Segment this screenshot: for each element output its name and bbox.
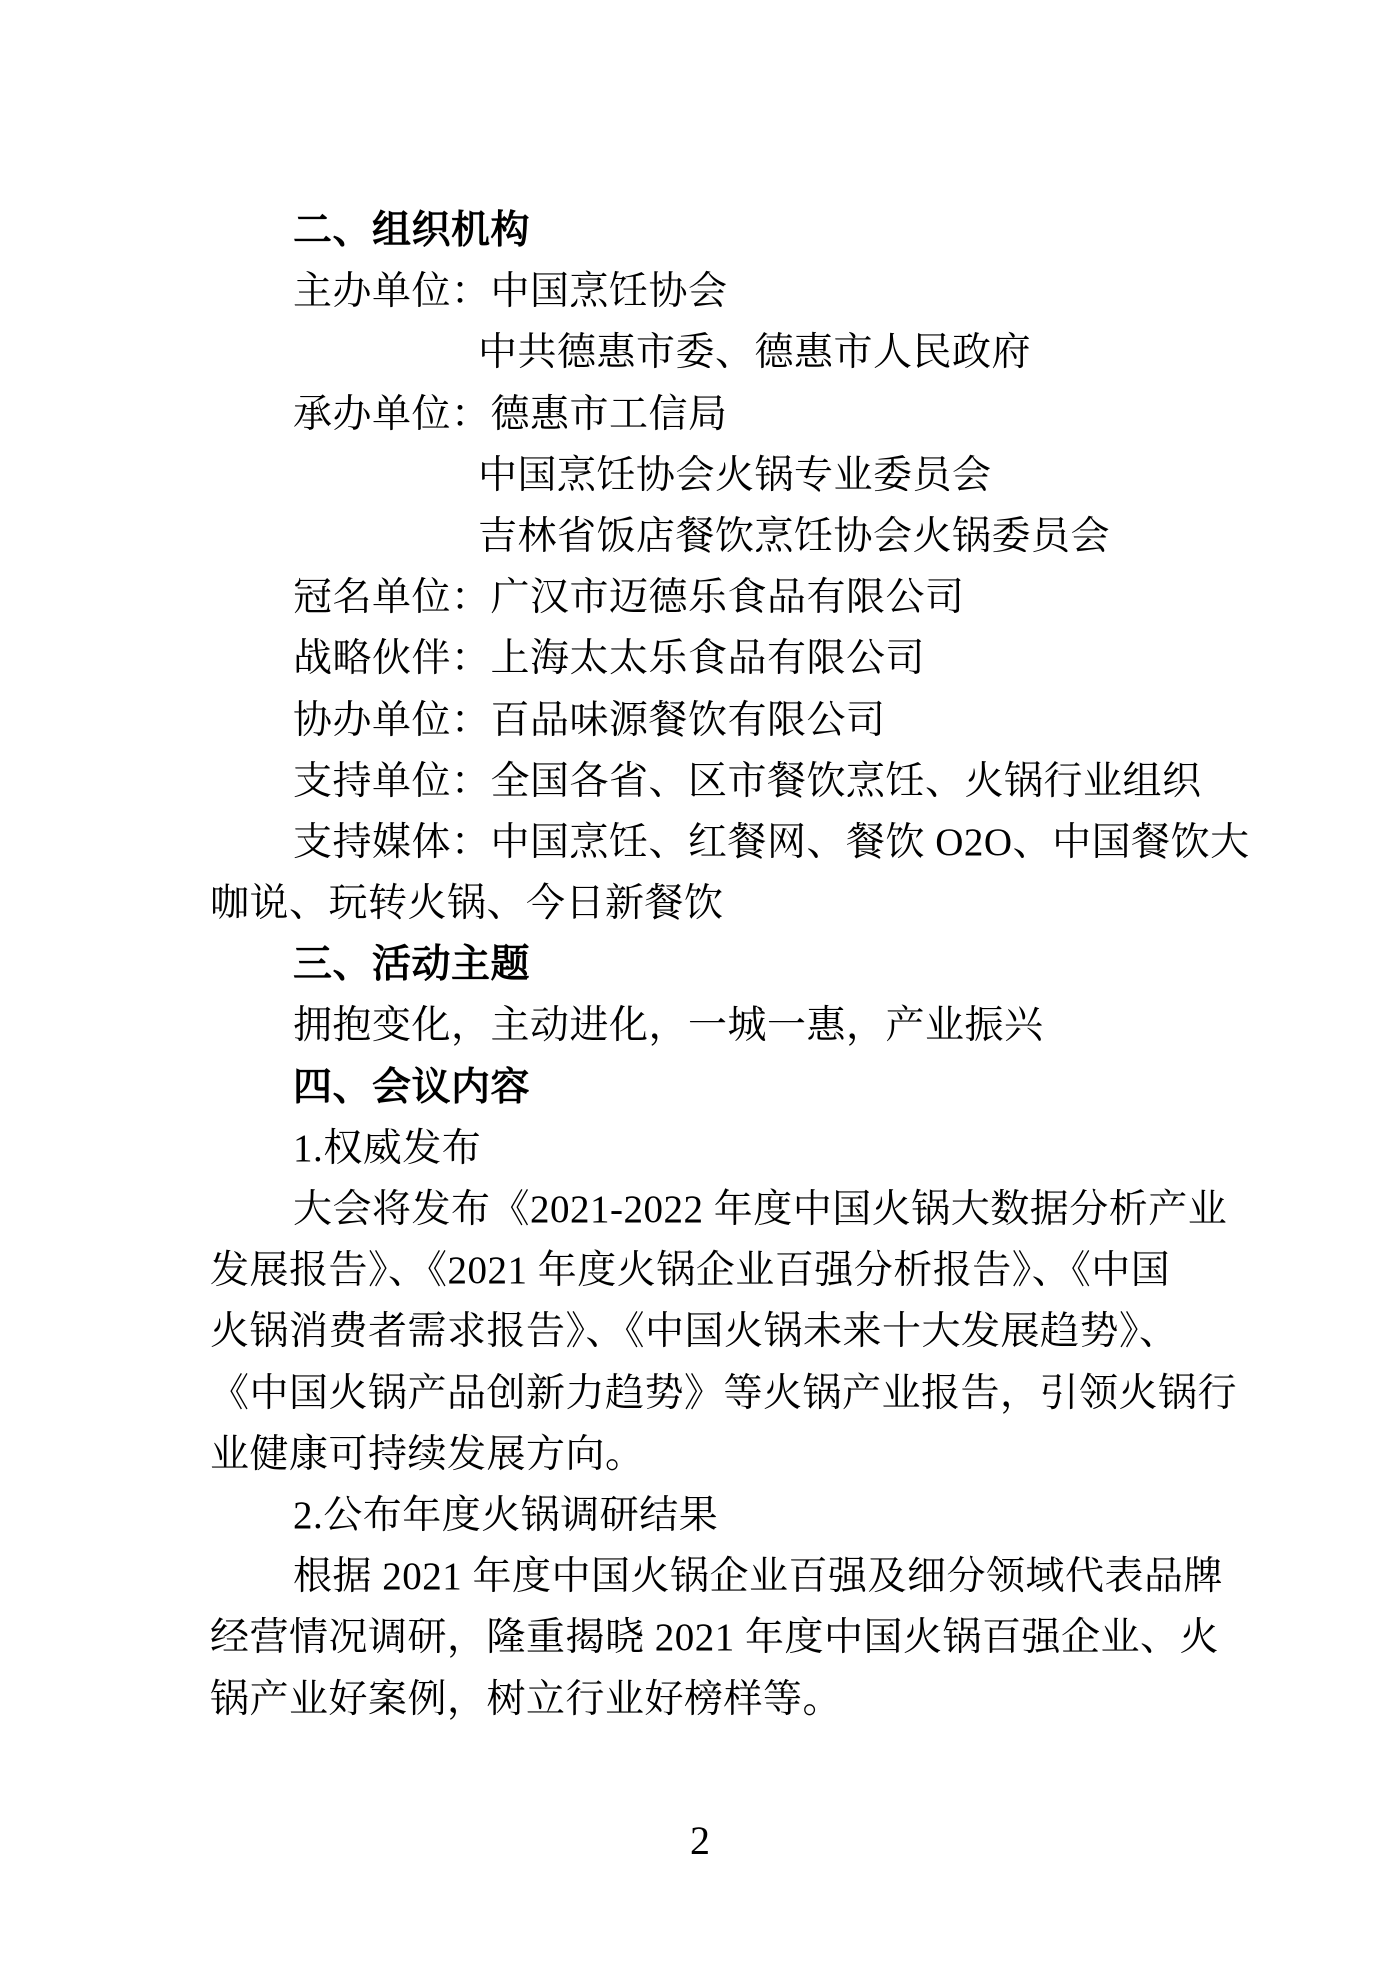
text-line: 支持媒体：中国烹饪、红餐网、餐饮 O2O、中国餐饮大 — [210, 812, 1193, 873]
text-line: 火锅消费者需求报告》、《中国火锅未来十大发展趋势》、 — [210, 1301, 1193, 1362]
text-line: 中共德惠市委、德惠市人民政府 — [210, 322, 1193, 383]
text-line: 协办单位：百品味源餐饮有限公司 — [210, 690, 1193, 751]
section-heading: 四、会议内容 — [210, 1057, 1193, 1118]
text-line: 《中国火锅产品创新力趋势》等火锅产业报告，引领火锅行 — [210, 1363, 1193, 1424]
text-line: 发展报告》、《2021 年度火锅企业百强分析报告》、《中国 — [210, 1240, 1193, 1301]
text-line: 吉林省饭店餐饮烹饪协会火锅委员会 — [210, 506, 1193, 567]
document-page: 二、组织机构主办单位：中国烹饪协会中共德惠市委、德惠市人民政府承办单位：德惠市工… — [0, 0, 1400, 1980]
text-line: 承办单位：德惠市工信局 — [210, 384, 1193, 445]
text-line: 中国烹饪协会火锅专业委员会 — [210, 445, 1193, 506]
text-line: 咖说、玩转火锅、今日新餐饮 — [210, 873, 1193, 934]
text-line: 主办单位：中国烹饪协会 — [210, 261, 1193, 322]
text-line: 支持单位：全国各省、区市餐饮烹饪、火锅行业组织 — [210, 751, 1193, 812]
text-line: 战略伙伴：上海太太乐食品有限公司 — [210, 628, 1193, 689]
text-line: 冠名单位：广汉市迈德乐食品有限公司 — [210, 567, 1193, 628]
text-line: 大会将发布《2021-2022 年度中国火锅大数据分析产业 — [210, 1179, 1193, 1240]
text-line: 1.权威发布 — [210, 1118, 1193, 1179]
text-line: 业健康可持续发展方向。 — [210, 1424, 1193, 1485]
page-number: 2 — [0, 1810, 1400, 1871]
text-line: 经营情况调研，隆重揭晓 2021 年度中国火锅百强企业、火 — [210, 1607, 1193, 1668]
text-line: 拥抱变化，主动进化，一城一惠，产业振兴 — [210, 995, 1193, 1056]
section-heading: 三、活动主题 — [210, 934, 1193, 995]
document-body: 二、组织机构主办单位：中国烹饪协会中共德惠市委、德惠市人民政府承办单位：德惠市工… — [210, 200, 1193, 1730]
text-line: 锅产业好案例，树立行业好榜样等。 — [210, 1669, 1193, 1730]
section-heading: 二、组织机构 — [210, 200, 1193, 261]
text-line: 根据 2021 年度中国火锅企业百强及细分领域代表品牌 — [210, 1546, 1193, 1607]
text-line: 2.公布年度火锅调研结果 — [210, 1485, 1193, 1546]
